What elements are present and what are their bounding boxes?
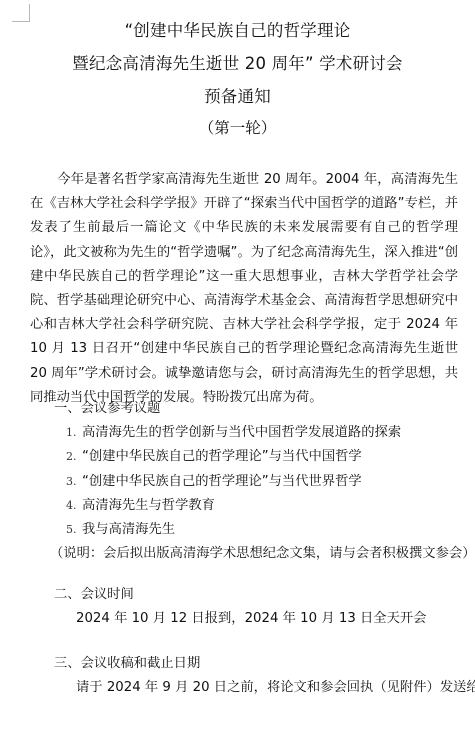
list-marker: 5. bbox=[66, 518, 82, 542]
document-subtitle: （第一轮） bbox=[0, 113, 475, 143]
topic-item: 5.我与高清海先生 bbox=[30, 518, 460, 542]
topic-item: 4.高清海先生与哲学教育 bbox=[30, 494, 460, 518]
topics-note: （说明：会后拟出版高清海学术思想纪念文集，请与会者积极撰文参会） bbox=[30, 542, 460, 566]
topic-text: “创建中华民族自己的哲学理论”与当代世界哲学 bbox=[82, 474, 362, 489]
list-marker: 4. bbox=[66, 494, 82, 518]
topic-text: 高清海先生与哲学教育 bbox=[82, 498, 215, 513]
section-topics: 一、会议参考议题 1.高清海先生的哲学创新与当代中国哲学发展道路的探索 2.“创… bbox=[30, 397, 460, 566]
section-meeting-time: 二、会议时间 2024 年 10 月 12 日报到，2024 年 10 月 13… bbox=[30, 583, 460, 631]
list-marker: 2. bbox=[66, 445, 82, 469]
list-marker: 1. bbox=[66, 421, 82, 445]
document-title-block: “创建中华民族自己的哲学理论 暨纪念高清海先生逝世 20 周年” 学术研讨会 预… bbox=[0, 14, 475, 143]
section-heading-submission: 三、会议收稿和截止日期 bbox=[30, 652, 460, 676]
title-line-2: 暨纪念高清海先生逝世 20 周年” 学术研讨会 bbox=[0, 47, 475, 80]
topic-text: “创建中华民族自己的哲学理论”与当代中国哲学 bbox=[82, 449, 362, 464]
title-line-3: 预备通知 bbox=[0, 80, 475, 113]
section-submission: 三、会议收稿和截止日期 请于 2024 年 9 月 20 日之前，将论文和参会回… bbox=[30, 652, 460, 700]
topic-text: 我与高清海先生 bbox=[82, 522, 175, 537]
section-heading-time: 二、会议时间 bbox=[30, 583, 460, 607]
topic-item: 3.“创建中华民族自己的哲学理论”与当代世界哲学 bbox=[30, 470, 460, 494]
topic-item: 1.高清海先生的哲学创新与当代中国哲学发展道路的探索 bbox=[30, 421, 460, 445]
topic-item: 2.“创建中华民族自己的哲学理论”与当代中国哲学 bbox=[30, 445, 460, 469]
submission-text: 请于 2024 年 9 月 20 日之前，将论文和参会回执（见附件）发送给吉林 bbox=[30, 676, 460, 700]
section-heading-topics: 一、会议参考议题 bbox=[30, 397, 460, 421]
list-marker: 3. bbox=[66, 470, 82, 494]
intro-paragraph: 今年是著名哲学家高清海先生逝世 20 周年。2004 年，高清海先生在《吉林大学… bbox=[30, 168, 458, 410]
title-line-1: “创建中华民族自己的哲学理论 bbox=[0, 14, 475, 47]
meeting-time-text: 2024 年 10 月 12 日报到，2024 年 10 月 13 日全天开会 bbox=[30, 607, 460, 631]
topic-text: 高清海先生的哲学创新与当代中国哲学发展道路的探索 bbox=[82, 425, 401, 440]
